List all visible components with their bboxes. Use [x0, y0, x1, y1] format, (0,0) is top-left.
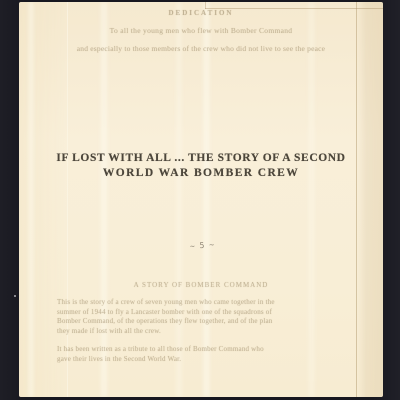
note-line: gave their lives in the Second World War…	[57, 355, 351, 365]
subtitle-line: A STORY OF BOMBER COMMAND	[19, 281, 383, 289]
scan-light-streak	[101, 2, 107, 397]
book-title-line-1: IF LOST WITH ALL ... THE STORY OF A SECO…	[19, 151, 383, 166]
scan-frame: DEDICATION To all the young men who flew…	[0, 0, 400, 400]
document-page: DEDICATION To all the young men who flew…	[19, 2, 383, 397]
blurb-line: they made if lost with all the crew.	[57, 327, 351, 337]
dedication-heading: DEDICATION	[19, 9, 383, 17]
pencil-annotation: ~ 5 ~	[179, 239, 226, 251]
underlying-page-top-edge-corner	[205, 2, 206, 9]
blurb-paragraph: This is the story of a crew of seven you…	[57, 298, 351, 336]
blurb-line: Bomber Command, of the operations they f…	[57, 317, 351, 327]
dust-speck	[14, 295, 16, 297]
scan-light-streak	[204, 2, 209, 397]
note-line: It has been written as a tribute to all …	[57, 345, 351, 355]
note-paragraph: It has been written as a tribute to all …	[57, 345, 351, 364]
scan-light-streak	[309, 2, 314, 397]
dedication-line: and especially to those members of the c…	[19, 44, 383, 53]
book-title: IF LOST WITH ALL ... THE STORY OF A SECO…	[19, 151, 383, 181]
page-edge-shadow	[356, 2, 383, 397]
scan-light-streak	[177, 2, 181, 397]
dedication-line: To all the young men who flew with Bombe…	[19, 26, 383, 35]
blurb-line: summer of 1944 to fly a Lancaster bomber…	[57, 308, 351, 318]
blurb-line: This is the story of a crew of seven you…	[57, 298, 351, 308]
book-title-line-2: WORLD WAR BOMBER CREW	[19, 166, 383, 181]
underlying-page-left-band	[19, 2, 68, 397]
scan-light-streak	[29, 2, 33, 397]
